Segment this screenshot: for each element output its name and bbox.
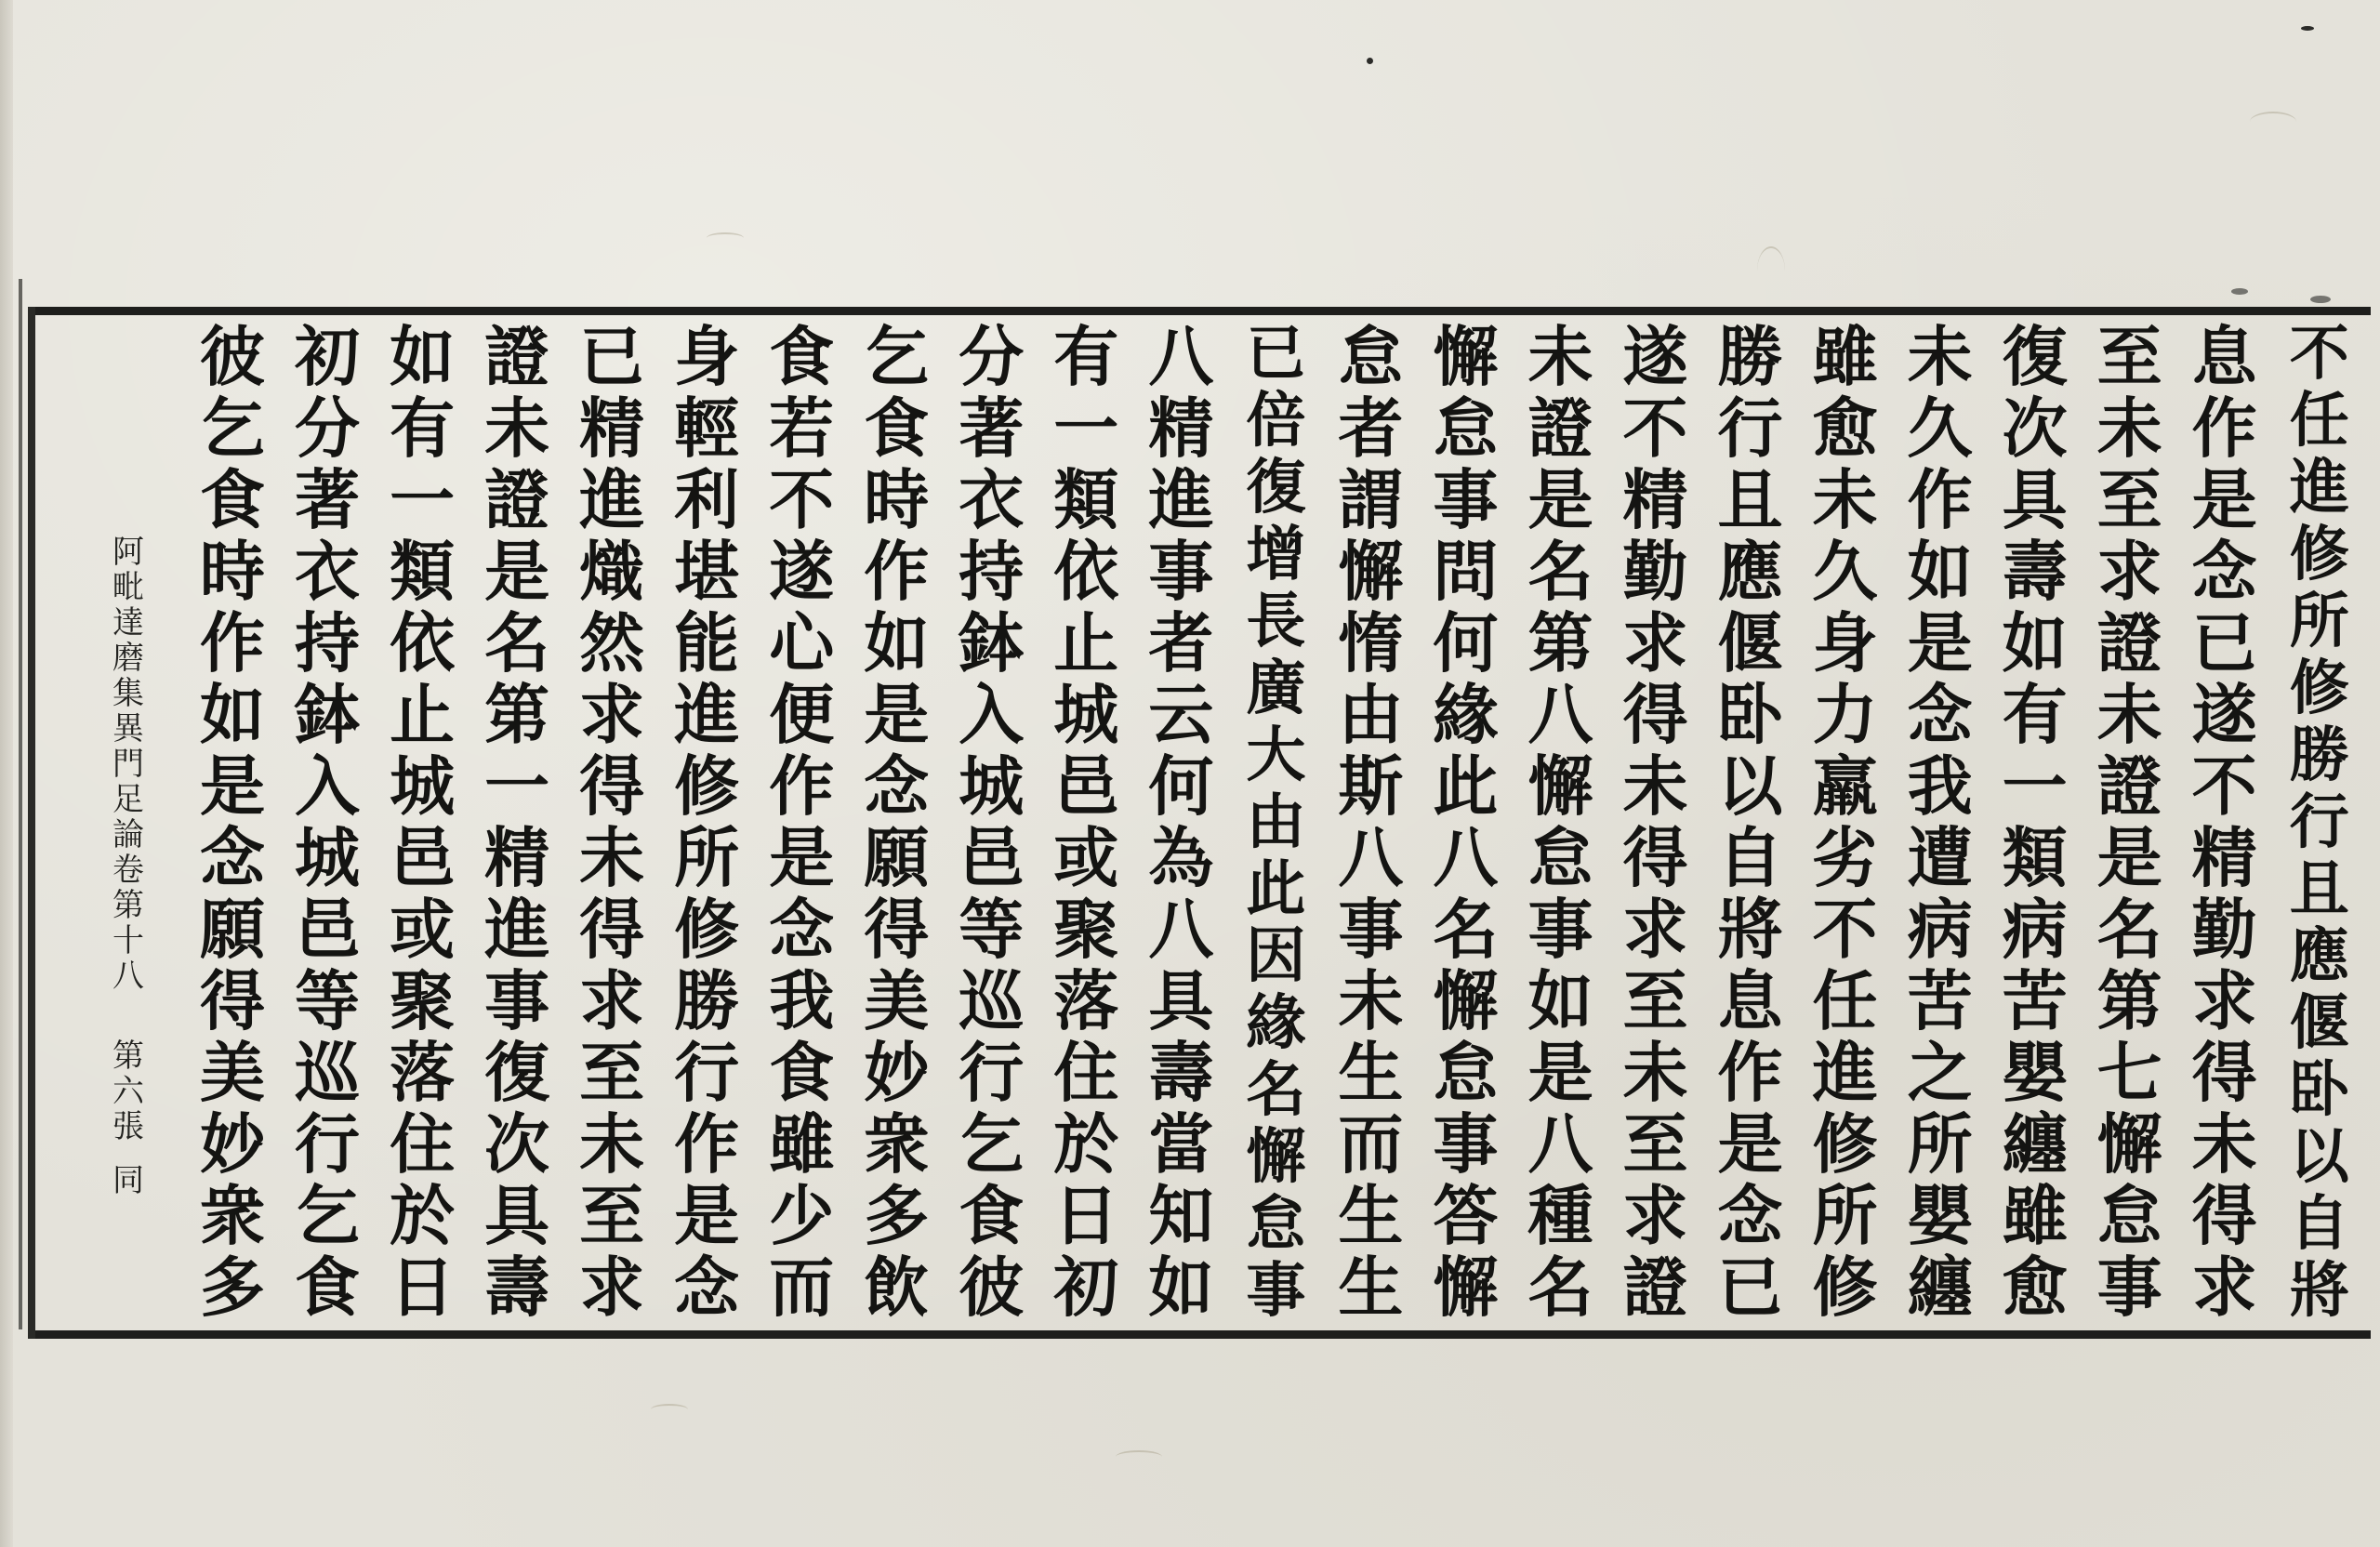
glyph: 纏 <box>1908 1251 1973 1323</box>
glyph: 勤 <box>1622 535 1687 607</box>
glyph: 是 <box>1718 1108 1783 1180</box>
glyph: 且 <box>1718 464 1783 535</box>
glyph: 力 <box>1813 679 1878 750</box>
glyph: 懈 <box>1338 535 1403 607</box>
glyph: 輕 <box>674 392 739 464</box>
glyph: 生 <box>1338 1180 1403 1251</box>
glyph: 種 <box>1527 1180 1593 1251</box>
glyph: 彼 <box>200 321 265 392</box>
glyph: 進 <box>484 893 549 965</box>
glyph: 怠 <box>1246 1191 1305 1258</box>
glyph: 任 <box>2290 388 2349 455</box>
glyph: 或 <box>390 893 455 965</box>
glyph: 聚 <box>390 965 455 1037</box>
glyph: 著 <box>959 392 1024 464</box>
glyph: 進 <box>1813 1037 1878 1108</box>
glyph: 分 <box>959 321 1024 392</box>
glyph: 具 <box>484 1180 549 1251</box>
text-column: 已精進熾然求得未得求至未至求 <box>565 321 658 1329</box>
glyph: 念 <box>769 893 834 965</box>
glyph: 身 <box>674 321 739 392</box>
glyph: 八 <box>1338 822 1403 893</box>
glyph: 何 <box>1148 750 1213 822</box>
glyph: 入 <box>295 750 360 822</box>
glyph: 熾 <box>579 535 644 607</box>
text-column: 懈怠事問何緣此八名懈怠事答懈 <box>1419 321 1512 1329</box>
glyph: 著 <box>295 464 360 535</box>
glyph: 次 <box>484 1108 549 1180</box>
glyph: 念 <box>1908 679 1973 750</box>
glyph: 鉢 <box>295 679 360 750</box>
glyph: 應 <box>1718 535 1783 607</box>
glyph: 證 <box>1527 392 1593 464</box>
glyph: 等 <box>295 965 360 1037</box>
glyph: 名 <box>1246 1057 1305 1124</box>
glyph: 之 <box>1908 1037 1973 1108</box>
glyph: 嬰 <box>1908 1180 1973 1251</box>
glyph: 不 <box>1622 392 1687 464</box>
glyph: 愈 <box>2003 1251 2068 1323</box>
glyph: 落 <box>390 1037 455 1108</box>
text-columns: 不任進修所修勝行且應偃卧以自將息作是念已遂不精勤求得未得求至未至求證未證是名第七… <box>186 321 2366 1329</box>
glyph: 遂 <box>2192 679 2257 750</box>
glyph: 此 <box>1433 750 1498 822</box>
glyph: 者 <box>1338 392 1403 464</box>
ink-speck <box>2310 296 2331 303</box>
glyph: 斯 <box>1338 750 1403 822</box>
paper-fiber <box>707 232 744 244</box>
glyph: 精 <box>1622 464 1687 535</box>
glyph: 行 <box>674 1037 739 1108</box>
glyph: 事 <box>1433 1108 1498 1180</box>
glyph: 雖 <box>1813 321 1878 392</box>
glyph: 願 <box>864 822 929 893</box>
glyph: 自 <box>2290 1191 2349 1258</box>
glyph: 已 <box>1246 321 1305 388</box>
glyph: 證 <box>1622 1251 1687 1323</box>
paper-fiber <box>651 1404 688 1415</box>
glyph: 進 <box>2290 455 2349 522</box>
glyph: 未 <box>1527 321 1593 392</box>
glyph: 修 <box>2290 655 2349 722</box>
glyph: 作 <box>769 750 834 822</box>
glyph: 一 <box>2003 750 2068 822</box>
text-column: 復次具壽如有一類病苦嬰纏雖愈 <box>1989 321 2082 1329</box>
glyph: 偃 <box>2290 990 2349 1057</box>
glyph: 事 <box>1246 1258 1305 1325</box>
glyph: 答 <box>1433 1180 1498 1251</box>
glyph: 名 <box>2097 893 2162 965</box>
glyph: 以 <box>1718 750 1783 822</box>
glyph: 至 <box>1622 1108 1687 1180</box>
glyph: 衣 <box>295 535 360 607</box>
glyph: 食 <box>864 392 929 464</box>
glyph: 念 <box>2192 535 2257 607</box>
glyph: 如 <box>1908 535 1973 607</box>
glyph: 得 <box>200 965 265 1037</box>
glyph: 城 <box>1053 679 1118 750</box>
glyph: 進 <box>1148 464 1213 535</box>
text-column: 如有一類依止城邑或聚落住於日 <box>376 321 469 1329</box>
glyph: 分 <box>295 392 360 464</box>
paper-fiber <box>1116 1450 1162 1463</box>
margin-glyph: 足 <box>112 782 144 817</box>
glyph: 得 <box>2192 1180 2257 1251</box>
glyph: 鉢 <box>959 607 1024 679</box>
glyph: 懈 <box>1433 321 1498 392</box>
glyph: 病 <box>2003 893 2068 965</box>
glyph: 念 <box>674 1251 739 1323</box>
glyph: 怠 <box>1433 392 1498 464</box>
glyph: 乞 <box>295 1180 360 1251</box>
glyph: 怠 <box>1433 1037 1498 1108</box>
glyph: 所 <box>1908 1108 1973 1180</box>
glyph: 事 <box>1433 464 1498 535</box>
glyph: 止 <box>1053 607 1118 679</box>
margin-glyph: 集 <box>112 676 144 711</box>
text-column: 食若不遂心便作是念我食雖少而 <box>755 321 848 1329</box>
glyph: 不 <box>1813 893 1878 965</box>
glyph: 卧 <box>2290 1057 2349 1124</box>
glyph: 心 <box>769 607 834 679</box>
glyph: 作 <box>1718 1037 1783 1108</box>
glyph: 求 <box>2192 965 2257 1037</box>
glyph: 求 <box>579 1251 644 1323</box>
glyph: 巡 <box>295 1037 360 1108</box>
glyph: 愈 <box>1813 392 1878 464</box>
glyph: 食 <box>769 321 834 392</box>
glyph: 於 <box>1053 1108 1118 1180</box>
glyph: 初 <box>1053 1251 1118 1323</box>
margin-glyph: 阿 <box>112 535 144 570</box>
glyph: 念 <box>1718 1180 1783 1251</box>
glyph: 精 <box>1148 392 1213 464</box>
binding-rule <box>19 279 22 1329</box>
glyph: 未 <box>579 822 644 893</box>
text-column: 息作是念已遂不精勤求得未得求 <box>2178 321 2271 1329</box>
glyph: 證 <box>484 464 549 535</box>
glyph: 長 <box>1246 588 1305 655</box>
glyph: 食 <box>959 1180 1024 1251</box>
margin-glyph: 磨 <box>112 641 144 676</box>
glyph: 知 <box>1148 1180 1213 1251</box>
margin-glyph: 卷 <box>112 853 144 888</box>
glyph: 是 <box>1908 607 1973 679</box>
glyph: 時 <box>864 464 929 535</box>
glyph: 進 <box>579 464 644 535</box>
glyph: 者 <box>1148 607 1213 679</box>
glyph: 求 <box>1622 607 1687 679</box>
glyph: 落 <box>1053 965 1118 1037</box>
glyph: 精 <box>2192 822 2257 893</box>
glyph: 增 <box>1246 522 1305 588</box>
glyph: 怠 <box>1338 321 1403 392</box>
glyph: 求 <box>579 679 644 750</box>
text-column: 不任進修所修勝行且應偃卧以自將 <box>2273 321 2366 1329</box>
glyph: 類 <box>1053 464 1118 535</box>
glyph: 修 <box>1813 1108 1878 1180</box>
glyph: 求 <box>2192 1251 2257 1323</box>
glyph: 緣 <box>1433 679 1498 750</box>
glyph: 城 <box>295 822 360 893</box>
glyph: 苦 <box>2003 965 2068 1037</box>
margin-label: 阿毗達磨集異門足論卷第十八 第六張 同 <box>110 535 147 1198</box>
glyph: 食 <box>295 1251 360 1323</box>
glyph: 且 <box>2290 856 2349 923</box>
glyph: 城 <box>959 750 1024 822</box>
ink-speck <box>2231 288 2248 295</box>
ink-speck <box>2301 26 2314 31</box>
glyph: 劣 <box>1813 822 1878 893</box>
glyph: 便 <box>769 679 834 750</box>
glyph: 巡 <box>959 965 1024 1037</box>
glyph: 已 <box>579 321 644 392</box>
text-column: 八精進事者云何為八具壽當知如 <box>1134 321 1227 1329</box>
glyph: 事 <box>1338 893 1403 965</box>
margin-glyph: 毗 <box>112 570 144 605</box>
glyph: 一 <box>390 464 455 535</box>
glyph: 行 <box>959 1037 1024 1108</box>
glyph: 如 <box>864 607 929 679</box>
glyph: 復 <box>484 1037 549 1108</box>
glyph: 問 <box>1433 535 1498 607</box>
glyph: 是 <box>2097 822 2162 893</box>
glyph: 倍 <box>1246 388 1305 455</box>
page-edge <box>0 0 13 1547</box>
print-frame-left-edge <box>28 307 35 1339</box>
text-column: 彼乞食時作如是念願得美妙衆多 <box>186 321 279 1329</box>
glyph: 羸 <box>1813 750 1878 822</box>
glyph: 住 <box>390 1108 455 1180</box>
glyph: 得 <box>579 750 644 822</box>
glyph: 懈 <box>1246 1124 1305 1191</box>
glyph: 類 <box>2003 822 2068 893</box>
glyph: 是 <box>769 822 834 893</box>
glyph: 一 <box>1053 392 1118 464</box>
glyph: 具 <box>1148 965 1213 1037</box>
glyph: 入 <box>959 679 1024 750</box>
glyph: 不 <box>769 464 834 535</box>
glyph: 勝 <box>674 965 739 1037</box>
glyph: 衆 <box>200 1180 265 1251</box>
text-column: 勝行且應偃卧以自將息作是念已 <box>1704 321 1797 1329</box>
glyph: 八 <box>1527 679 1593 750</box>
glyph: 未 <box>2097 392 2162 464</box>
glyph: 由 <box>1338 679 1403 750</box>
glyph: 八 <box>1527 1108 1593 1180</box>
glyph: 是 <box>1527 464 1593 535</box>
glyph: 多 <box>864 1180 929 1251</box>
glyph: 得 <box>1622 822 1687 893</box>
glyph: 為 <box>1148 822 1213 893</box>
glyph: 身 <box>1813 607 1878 679</box>
glyph: 不 <box>2192 750 2257 822</box>
glyph: 復 <box>1246 455 1305 522</box>
glyph: 持 <box>959 535 1024 607</box>
glyph: 等 <box>959 893 1024 965</box>
glyph: 所 <box>674 822 739 893</box>
glyph: 未 <box>484 392 549 464</box>
glyph: 當 <box>1148 1108 1213 1180</box>
glyph: 將 <box>1718 893 1783 965</box>
glyph: 第 <box>1527 607 1593 679</box>
glyph: 因 <box>1246 923 1305 990</box>
margin-glyph: 張 <box>112 1109 144 1144</box>
margin-glyph: 第 <box>112 888 144 923</box>
glyph: 有 <box>390 392 455 464</box>
glyph: 彼 <box>959 1251 1024 1323</box>
text-column: 乞食時作如是念願得美妙衆多飲 <box>850 321 943 1329</box>
margin-sheet-number: 第六張 <box>112 1038 144 1144</box>
text-column: 未證是名第八懈怠事如是八種名 <box>1514 321 1606 1329</box>
glyph: 嬰 <box>2003 1037 2068 1108</box>
glyph: 乞 <box>864 321 929 392</box>
glyph: 至 <box>579 1037 644 1108</box>
glyph: 行 <box>2290 789 2349 856</box>
glyph: 雖 <box>2003 1180 2068 1251</box>
text-column: 分著衣持鉢入城邑等巡行乞食彼 <box>945 321 1038 1329</box>
glyph: 勤 <box>2192 893 2257 965</box>
margin-glyph: 論 <box>112 817 144 853</box>
text-column: 證未證是名第一精進事復次具壽 <box>470 321 563 1329</box>
glyph: 何 <box>1433 607 1498 679</box>
glyph: 美 <box>864 965 929 1037</box>
glyph: 怠 <box>2097 1180 2162 1251</box>
text-column: 未久作如是念我遭病苦之所嬰纏 <box>1894 321 1987 1329</box>
glyph: 邑 <box>1053 750 1118 822</box>
glyph: 聚 <box>1053 893 1118 965</box>
glyph: 求 <box>1622 893 1687 965</box>
glyph: 邑 <box>295 893 360 965</box>
glyph: 事 <box>1527 893 1593 965</box>
glyph: 如 <box>200 679 265 750</box>
glyph: 事 <box>484 965 549 1037</box>
glyph: 行 <box>295 1108 360 1180</box>
text-column: 遂不精勤求得未得求至未至求證 <box>1608 321 1701 1329</box>
glyph: 至 <box>579 1180 644 1251</box>
glyph: 是 <box>1527 1037 1593 1108</box>
glyph: 日 <box>390 1251 455 1323</box>
glyph: 第 <box>484 679 549 750</box>
glyph: 是 <box>200 750 265 822</box>
glyph: 作 <box>200 607 265 679</box>
glyph: 由 <box>1246 789 1305 856</box>
glyph: 一 <box>484 750 549 822</box>
glyph: 證 <box>2097 607 2162 679</box>
glyph: 有 <box>2003 679 2068 750</box>
glyph: 廣 <box>1246 655 1305 722</box>
glyph: 惰 <box>1338 607 1403 679</box>
glyph: 於 <box>390 1180 455 1251</box>
margin-mark: 同 <box>112 1163 144 1198</box>
glyph: 修 <box>1813 1251 1878 1323</box>
glyph: 名 <box>484 607 549 679</box>
glyph: 勝 <box>2290 722 2349 789</box>
glyph: 依 <box>390 607 455 679</box>
glyph: 勝 <box>1718 321 1783 392</box>
glyph: 如 <box>390 321 455 392</box>
glyph: 自 <box>1718 822 1783 893</box>
glyph: 懈 <box>1433 1251 1498 1323</box>
paper-fiber <box>1757 246 1785 295</box>
glyph: 未 <box>2097 679 2162 750</box>
glyph: 作 <box>864 535 929 607</box>
glyph: 是 <box>864 679 929 750</box>
glyph: 壽 <box>1148 1037 1213 1108</box>
glyph: 七 <box>2097 1037 2162 1108</box>
glyph: 緣 <box>1246 990 1305 1057</box>
glyph: 證 <box>484 321 549 392</box>
glyph: 至 <box>2097 321 2162 392</box>
glyph: 邑 <box>959 822 1024 893</box>
glyph: 堪 <box>674 535 739 607</box>
glyph: 少 <box>769 1180 834 1251</box>
glyph: 病 <box>1908 893 1973 965</box>
margin-glyph: 八 <box>112 959 144 994</box>
glyph: 止 <box>390 679 455 750</box>
glyph: 類 <box>390 535 455 607</box>
glyph: 具 <box>2003 464 2068 535</box>
glyph: 修 <box>2290 522 2349 588</box>
text-column: 身輕利堪能進修所修勝行作是念 <box>660 321 753 1329</box>
glyph: 未 <box>579 1108 644 1180</box>
text-column: 至未至求證未證是名第七懈怠事 <box>2083 321 2176 1329</box>
glyph: 初 <box>295 321 360 392</box>
glyph: 食 <box>200 464 265 535</box>
glyph: 壽 <box>484 1251 549 1323</box>
glyph: 未 <box>1908 321 1973 392</box>
glyph: 修 <box>674 893 739 965</box>
glyph: 卧 <box>1718 679 1783 750</box>
glyph: 得 <box>2192 1037 2257 1108</box>
glyph: 名 <box>1527 1251 1593 1323</box>
glyph: 城 <box>390 750 455 822</box>
glyph: 將 <box>2290 1258 2349 1325</box>
glyph: 利 <box>674 464 739 535</box>
margin-glyph: 十 <box>112 923 144 959</box>
paper-fiber <box>2250 112 2296 132</box>
glyph: 八 <box>1148 321 1213 392</box>
glyph: 息 <box>1718 965 1783 1037</box>
glyph: 食 <box>769 1037 834 1108</box>
glyph: 若 <box>769 392 834 464</box>
glyph: 而 <box>1338 1108 1403 1180</box>
glyph: 妙 <box>200 1108 265 1180</box>
margin-glyph: 六 <box>112 1074 144 1109</box>
glyph: 求 <box>1622 1180 1687 1251</box>
glyph: 八 <box>1433 822 1498 893</box>
glyph: 未 <box>1338 965 1403 1037</box>
glyph: 已 <box>2192 607 2257 679</box>
glyph: 久 <box>1813 535 1878 607</box>
glyph: 是 <box>674 1180 739 1251</box>
glyph: 有 <box>1053 321 1118 392</box>
glyph: 精 <box>579 392 644 464</box>
glyph: 是 <box>484 535 549 607</box>
glyph: 生 <box>1338 1037 1403 1108</box>
margin-glyph: 異 <box>112 711 144 747</box>
glyph: 至 <box>2097 464 2162 535</box>
glyph: 持 <box>295 607 360 679</box>
glyph: 得 <box>864 893 929 965</box>
margin-glyph: 第 <box>112 1038 144 1074</box>
glyph: 美 <box>200 1037 265 1108</box>
glyph: 大 <box>1246 722 1305 789</box>
glyph: 如 <box>2003 607 2068 679</box>
glyph: 名 <box>1433 893 1498 965</box>
margin-glyph: 同 <box>112 1163 144 1198</box>
glyph: 以 <box>2290 1124 2349 1191</box>
